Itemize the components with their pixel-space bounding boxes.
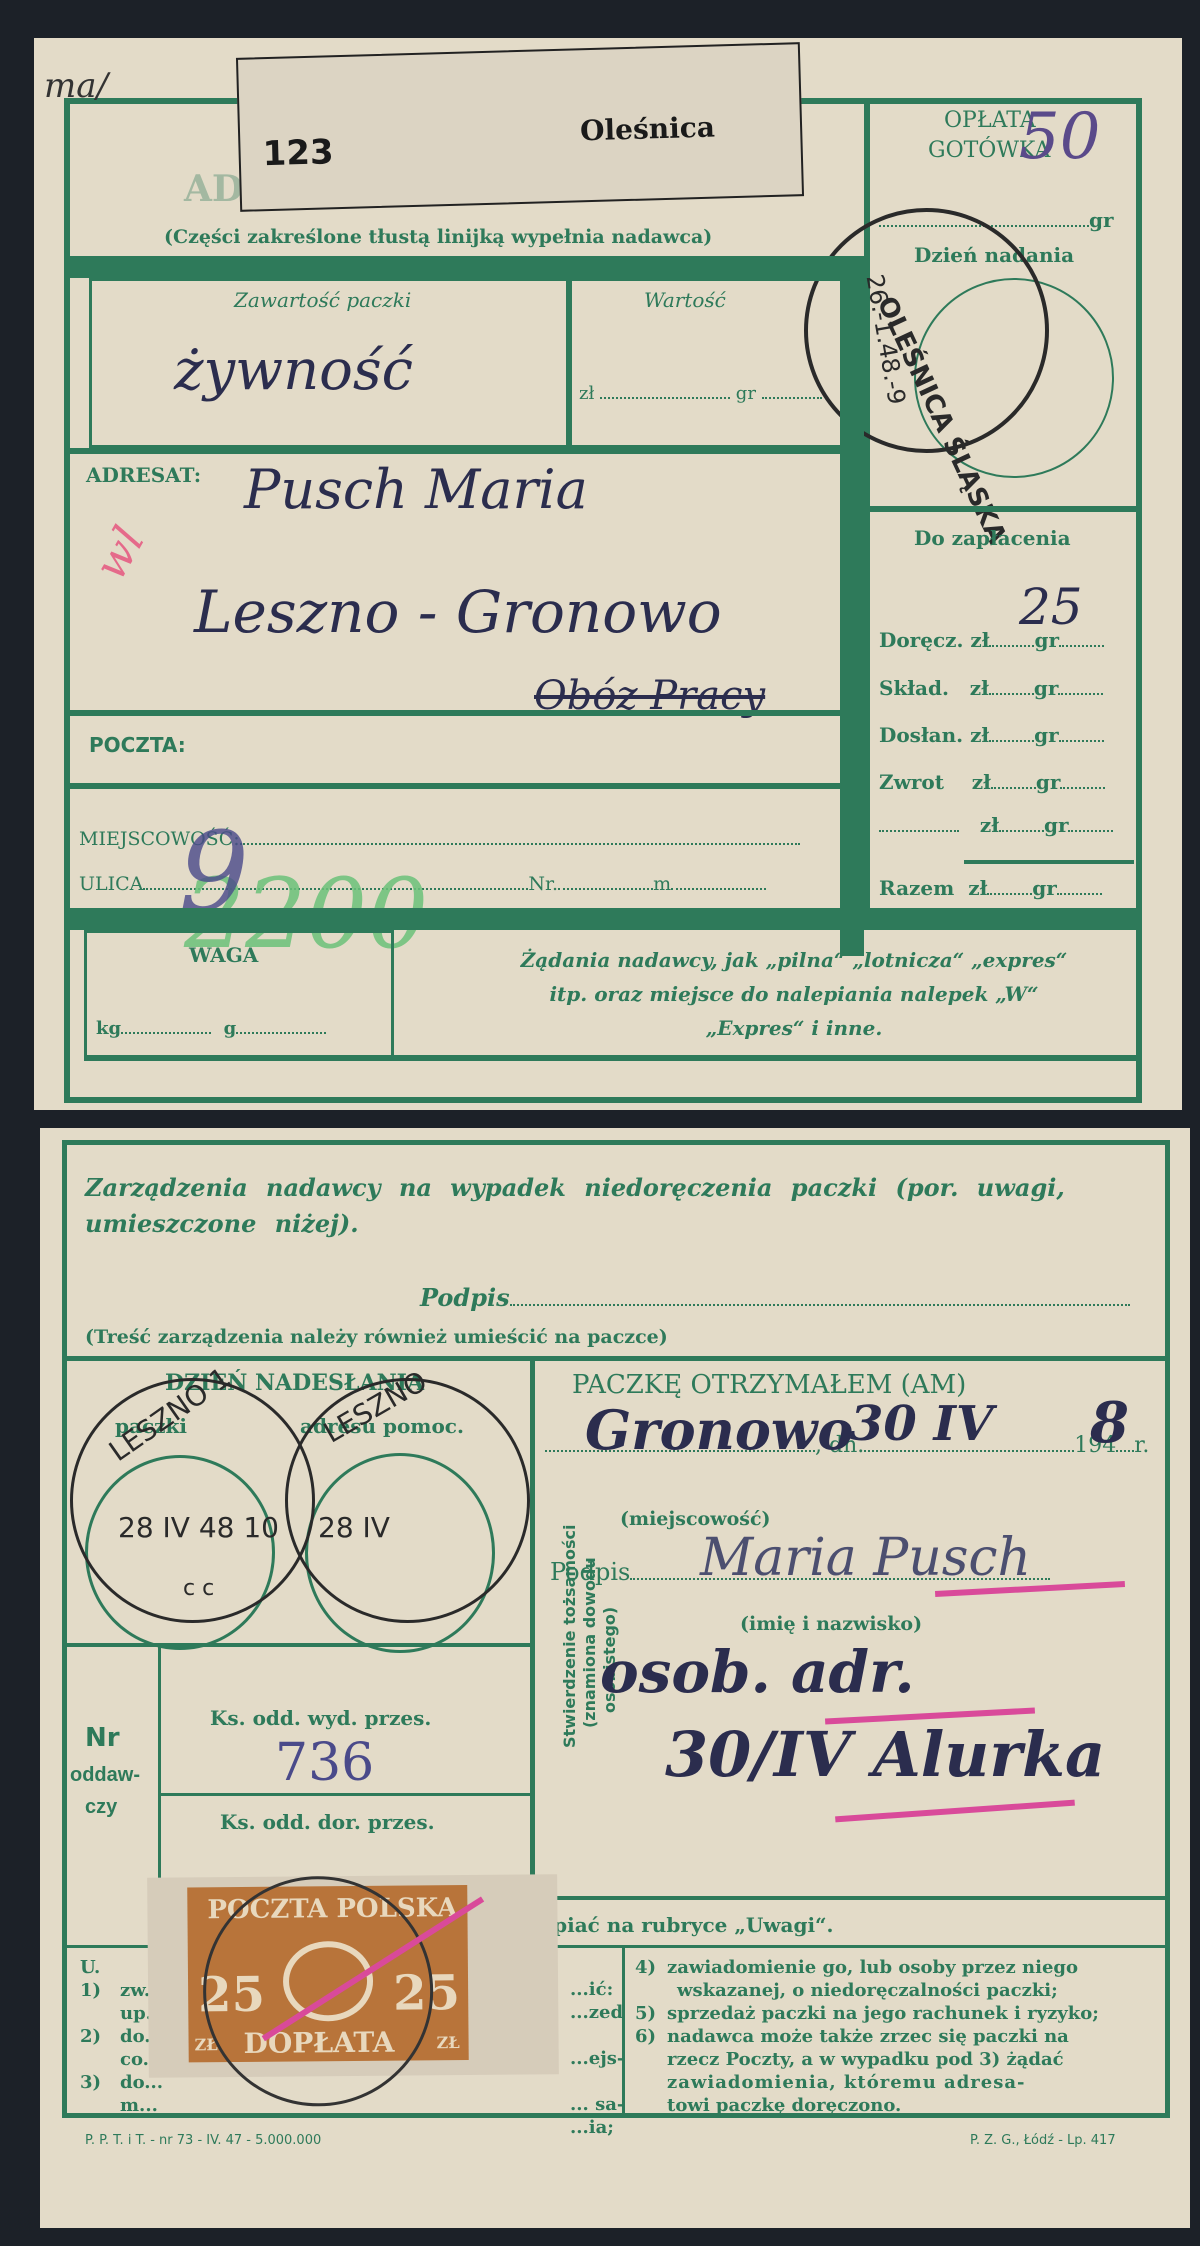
payment-row-doslan: Dosłan. złgr [879,723,1129,747]
instructions-bottom-line [62,1356,1170,1361]
nr-top-line [62,1643,532,1647]
corner-note: ma/ [44,66,108,106]
postmark-left-date: 28 IV 48 10 [118,1511,279,1544]
nr-label-3: czy [85,1796,117,1819]
fee-handwritten: 50 [1019,100,1100,174]
payment-row-other: złgr [879,813,1129,837]
top-bottom-line [84,1055,1142,1061]
contents-label: Zawartość paczki [234,288,411,312]
instructions-note: (Treść zarządzenia należy również umieśc… [85,1326,668,1348]
payment-title: Do zapłacenia [914,526,1071,550]
nr-label: Nr [85,1723,120,1753]
stamp-cancel-postmark [202,1875,434,2107]
nr-label: Nr. [528,873,558,895]
value-label: Wartość [644,288,726,312]
poczta-label: POCZTA: [89,733,186,757]
nr-delivery-label: Ks. odd. dor. przes. [220,1810,435,1834]
addressee-label: ADRESAT: [86,463,201,487]
postmark-leszno-right: 28 IV LESZNO [285,1378,530,1623]
sender-instructions-title: Zarządzenia nadawcy na wypadek niedoręcz… [85,1170,1145,1242]
payment-total: Razem złgr [879,876,1102,900]
postmark-right-date: 28 IV [318,1511,390,1544]
payment-rows: Doręcz. złgr Skład. złgr Dosłan. złgr Zw… [879,628,1129,908]
nr-issue-value: 736 [275,1733,374,1793]
sender-signature-field: Podpis [420,1283,1130,1312]
poczta-top-line [64,710,854,716]
receipt-name-caption: (imię i nazwisko) [740,1613,922,1635]
payment-row-sklad: Skład. złgr [879,676,1129,700]
postage-due-stamp: POCZTA POLSKA 25 25 DOPŁATA ZŁ ZŁ [147,1874,559,2078]
dispatch-divider [530,1356,535,1896]
value-amount-line: zł gr [579,383,822,404]
value-zl-label: zł [579,383,594,404]
receipt-bottom-line [530,1896,1170,1900]
receipt-date-handwritten: 30 IV [850,1396,993,1452]
address-bottom-bar [64,908,1142,930]
slip-number: 123 [262,132,334,174]
header-bar [64,256,870,278]
weight-fields: kg g [96,1018,326,1039]
addressee-line2: Leszno - Gronowo [194,578,722,646]
receipt-id-handwritten: osob. adr. [600,1638,915,1706]
payment-row-dorecz: Doręcz. złgr [879,628,1129,652]
payment-top-line [864,506,1142,512]
postmark-left-code: c c [183,1576,214,1601]
printer-left: P. P. T. i T. - nr 73 - IV. 47 - 5.000.0… [85,2133,321,2148]
fee-gr-label: gr [1089,208,1114,232]
nr-issue-label: Ks. odd. wyd. przes. [210,1706,431,1730]
receipt-place-handwritten: Gronowo [585,1398,853,1462]
addressee-top-line [64,448,854,454]
receipt-side-caption: Stwierdzenie tożsamości (znamiona dowodu… [560,1524,620,1748]
receipt-year-handwritten: 8 [1090,1390,1129,1456]
receipt-official-handwritten: 30/IV Alurka [665,1718,1105,1791]
sender-requests: Żądania nadawcy, jak „pilna“ „lotnicza“ … [514,943,1074,1045]
stamp-currency-right: ZŁ [437,2033,460,2052]
office-label-slip: 123 Oleśnica [236,42,804,212]
nr-label-2: oddaw- [70,1764,140,1787]
poczta-bottom-line [64,783,854,789]
printer-right: P. Z. G., Łódź - Lp. 417 [970,2133,1116,2148]
notes-mid: ...ić: ...zed ...ejs- ... sa- ...ia; [570,1978,624,2139]
ulica-label: ULICA [79,873,143,895]
postmark-leszno-left: 28 IV 48 10 LESZNO 1 c c [70,1378,315,1623]
slip-office: Oleśnica [580,111,716,148]
value-gr-label: gr [736,383,756,404]
m-label: m [653,873,671,895]
receipt-signature-handwritten: Maria Pusch [700,1528,1031,1588]
addressee-name: Pusch Maria [244,458,588,521]
notes-right: 4)zawiadomienie go, lub osoby przez nieg… [635,1956,1099,2117]
payment-row-zwrot: Zwrot złgr [879,770,1129,794]
contents-handwritten: żywność [174,338,413,403]
value-divider-bar [840,256,864,956]
receipt-place-caption: (miejscowość) [620,1508,771,1530]
uwagi-line: ...wpiać na rubryce „Uwagi“. [515,1913,834,1937]
weight-label: WAGA [189,943,258,967]
nr-mid-line [158,1793,530,1796]
form-instruction: (Części zakreślone tłustą linijką wypełn… [164,226,712,248]
payment-total-line [964,860,1134,864]
